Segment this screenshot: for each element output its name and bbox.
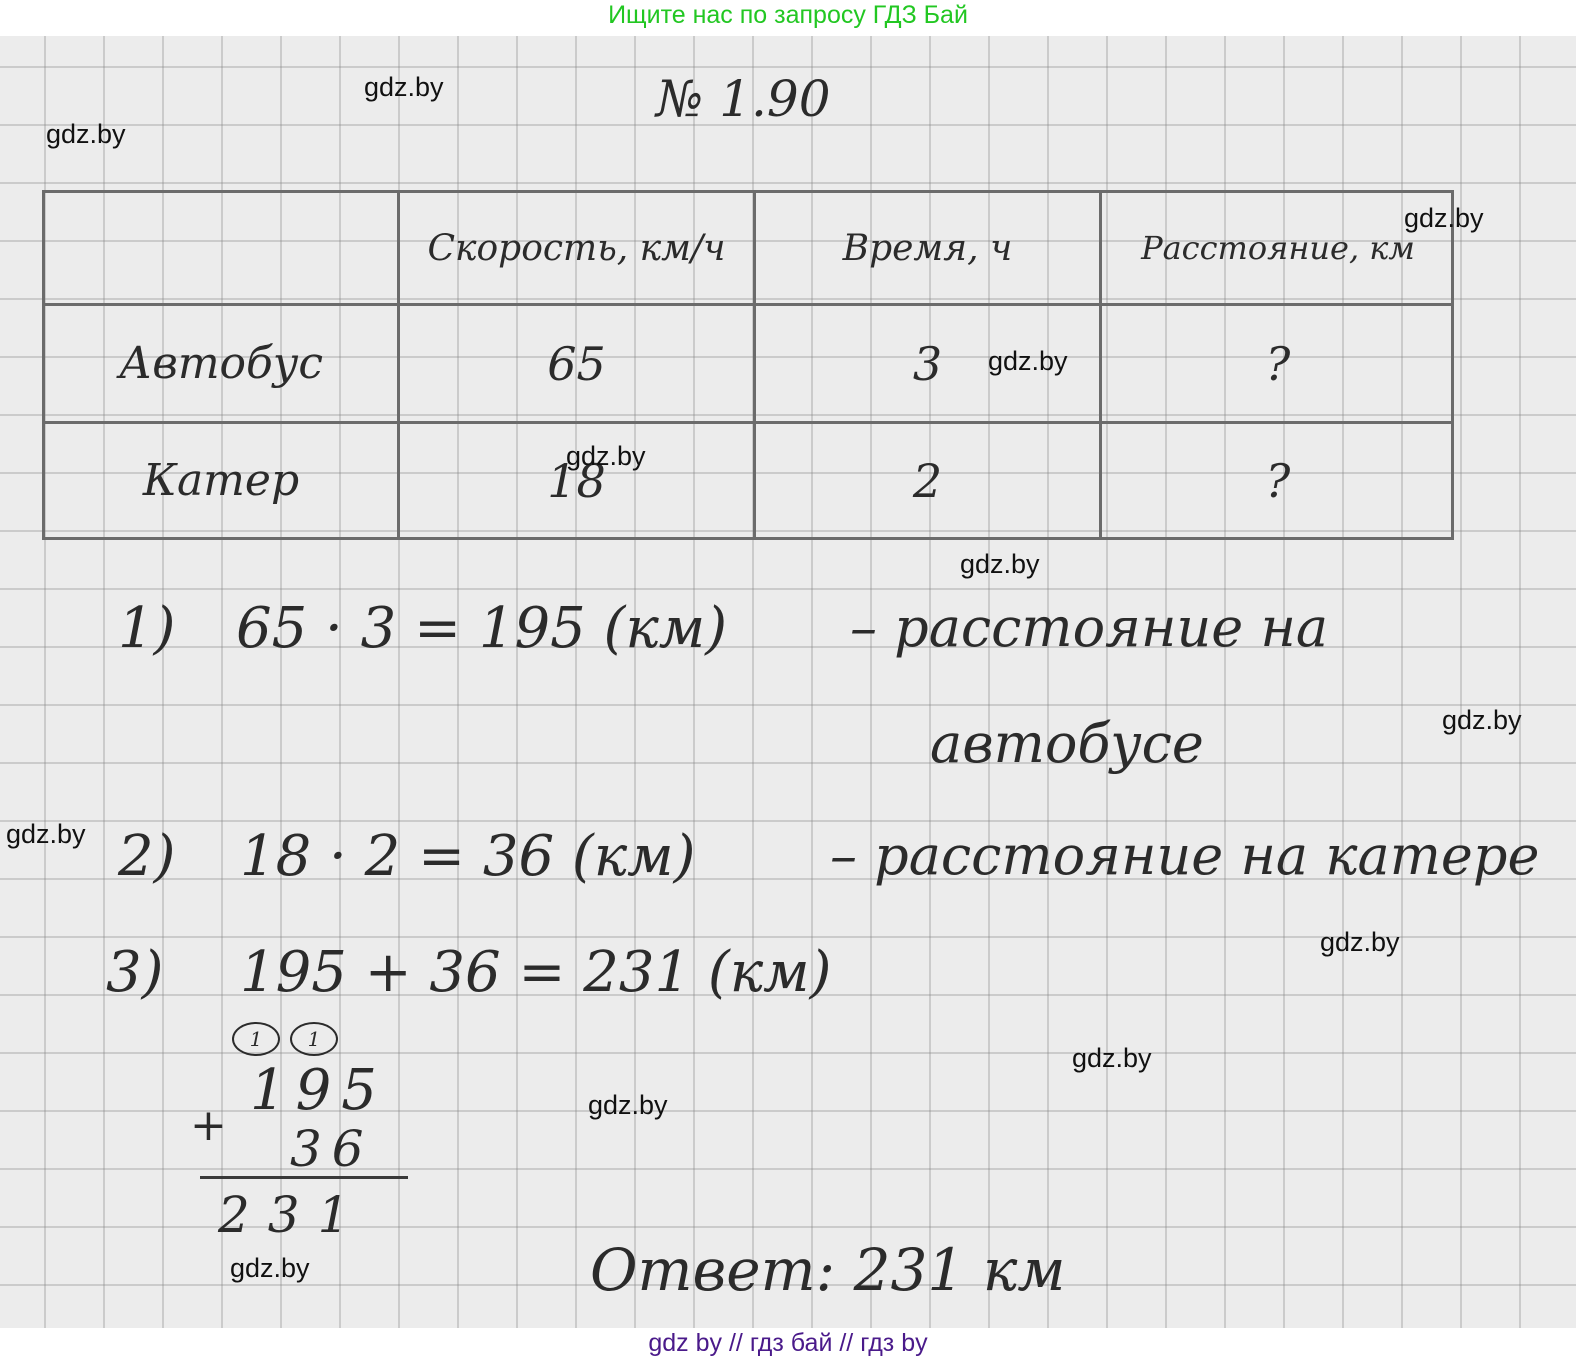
table-row-boat-time: 2 [756,424,1099,537]
watermark: gdz.by [6,819,86,850]
step-2-number: 2) [118,824,175,889]
table-row-boat-distance: ? [1102,424,1454,537]
watermark: gdz.by [988,346,1068,377]
step-1-description-cont: автобусе [930,712,1204,775]
table-header-distance: Расстояние, км [1102,193,1454,303]
carry-digit: 1 [232,1022,280,1056]
site-footer-banner[interactable]: gdz by // гдз бай // гдз by [0,1328,1576,1366]
watermark: gdz.by [1404,203,1484,234]
step-2-description: – расстояние на катере [830,824,1539,887]
addend-2: 36 [290,1120,374,1178]
watermark: gdz.by [364,72,444,103]
watermark: gdz.by [46,119,126,150]
table-header-time: Время, ч [756,193,1099,303]
answer: Ответ: 231 км [590,1236,1065,1304]
table-row-boat-name: Катер [45,424,397,537]
watermark: gdz.by [1072,1043,1152,1074]
watermark: gdz.by [566,441,646,472]
addition-operator: + [190,1100,227,1151]
step-1-description: – расстояние на [850,596,1328,659]
table-row-bus-speed: 65 [400,306,753,421]
step-2-expression: 18 · 2 = 36 (км) [240,824,695,889]
data-table: Скорость, км/ч Время, ч Расстояние, км А… [42,190,1454,540]
table-header-empty [45,193,397,303]
carry-digit: 1 [290,1022,338,1056]
watermark: gdz.by [960,549,1040,580]
table-row-bus-name: Автобус [45,306,397,421]
step-1-number: 1) [118,596,175,661]
watermark: gdz.by [230,1253,310,1284]
sum-line [200,1176,408,1179]
step-3-number: 3) [106,940,163,1005]
table-header-speed: Скорость, км/ч [400,193,753,303]
watermark: gdz.by [1442,705,1522,736]
search-hint-banner: Ищите нас по запросу ГДЗ Бай [0,0,1576,36]
step-3-expression: 195 + 36 = 231 (км) [240,940,831,1005]
step-1-expression: 65 · 3 = 195 (км) [236,596,727,661]
addend-1: 195 [250,1058,387,1123]
table-row-bus-distance: ? [1102,306,1454,421]
watermark: gdz.by [588,1090,668,1121]
watermark: gdz.by [1320,927,1400,958]
problem-number: № 1.90 [656,70,831,128]
addition-result: 231 [218,1186,367,1244]
